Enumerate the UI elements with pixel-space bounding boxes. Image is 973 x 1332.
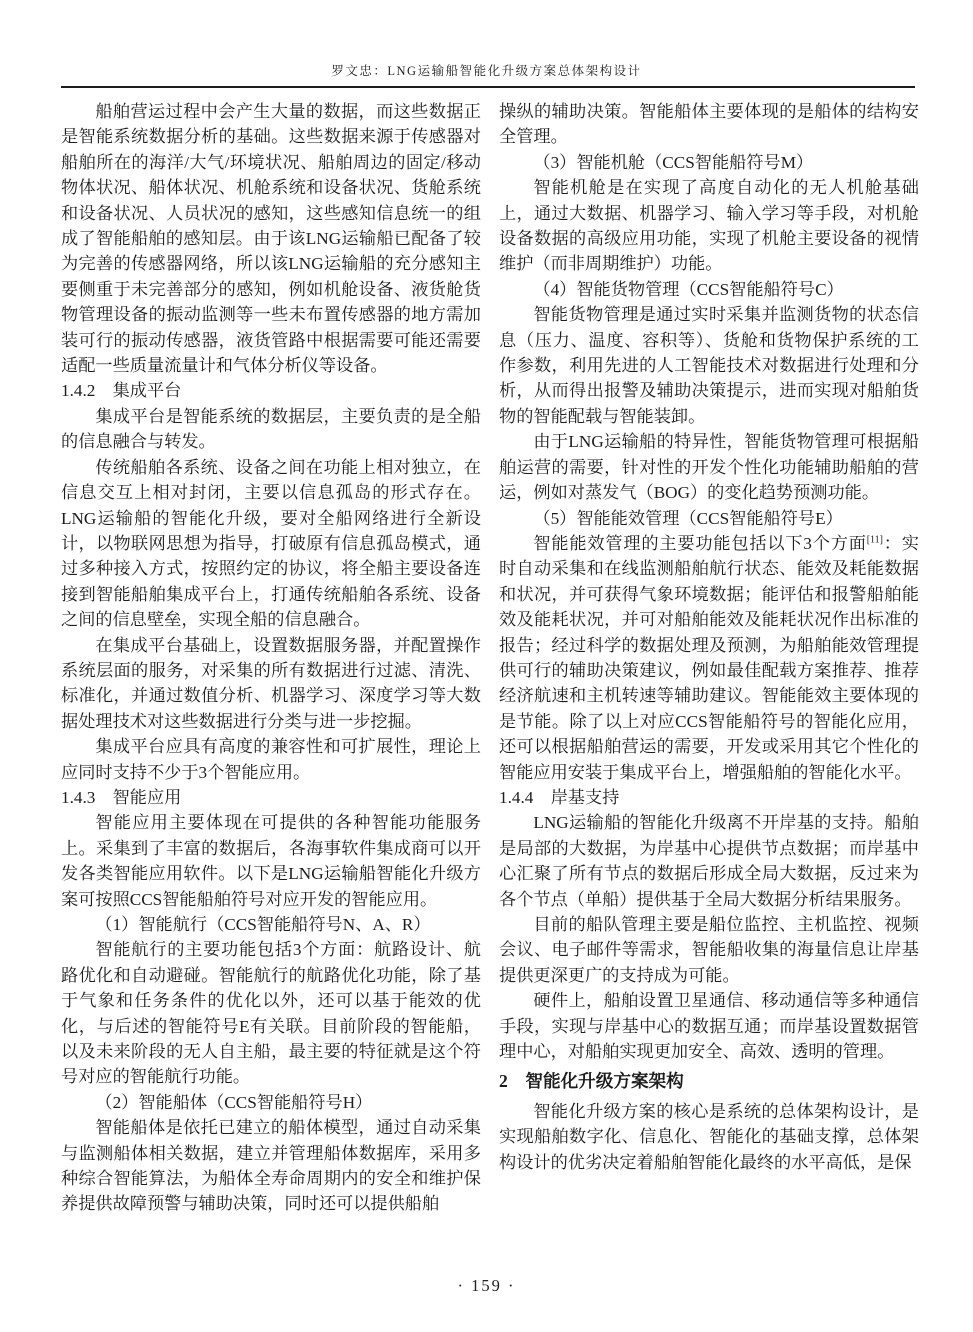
list-item-intelligent-cargo: （4）智能货物管理（CCS智能船符号C） xyxy=(499,277,919,302)
paragraph-shore-big-data: LNG运输船的智能化升级离不开岸基的支持。船舶是局部的大数据，为岸基中心提供节点… xyxy=(499,810,919,912)
header-rule xyxy=(61,86,915,88)
chapter-heading-architecture: 2 智能化升级方案架构 xyxy=(499,1069,919,1094)
paragraph-text: 智能能效管理的主要功能包括以下3个方面 xyxy=(533,534,866,553)
paragraph-app-overview: 智能应用主要体现在可提供的各种智能功能服务上。采集到了丰富的数据后，各海事软件集… xyxy=(61,810,481,912)
section-heading-intelligent-applications: 1.4.3 智能应用 xyxy=(61,785,481,810)
list-item-intelligent-hull: （2）智能船体（CCS智能船符号H） xyxy=(61,1090,481,1115)
paragraph-hull-model: 智能船体是依托已建立的船体模型，通过自动采集与监测船体相关数据，建立并管理船体数… xyxy=(61,1115,481,1217)
paragraph-platform-role: 集成平台是智能系统的数据层，主要负责的是全船的信息融合与转发。 xyxy=(61,404,481,455)
paragraph-data-server: 在集成平台基础上，设置数据服务器，并配置操作系统层面的服务，对采集的所有数据进行… xyxy=(61,633,481,735)
section-heading-shore-support: 1.4.4 岸基支持 xyxy=(499,785,919,810)
column-left: 船舶营运过程中会产生大量的数据，而这些数据正是智能系统数据分析的基础。这些数据来… xyxy=(61,99,481,1217)
list-item-intelligent-engine-room: （3）智能机舱（CCS智能船符号M） xyxy=(499,150,919,175)
paragraph-navigation-functions: 智能航行的主要功能包括3个方面：航路设计、航路优化和自动避碰。智能航行的航路优化… xyxy=(61,937,481,1089)
paragraph-traditional-systems: 传统船舶各系统、设备之间在功能上相对独立，在信息交互上相对封闭，主要以信息孤岛的… xyxy=(61,455,481,633)
paragraph-compatibility: 集成平台应具有高度的兼容性和可扩展性，理论上应同时支持不少于3个智能应用。 xyxy=(61,734,481,785)
page-body: 船舶营运过程中会产生大量的数据，而这些数据正是智能系统数据分析的基础。这些数据来… xyxy=(61,99,919,1217)
paragraph-fleet-management: 目前的船队管理主要是船位监控、主机监控、视频会议、电子邮件等需求，智能船收集的海… xyxy=(499,912,919,988)
column-right: 操纵的辅助决策。智能船体主要体现的是船体的结构安全管理。 （3）智能机舱（CCS… xyxy=(499,99,919,1217)
paragraph-sensing-data: 船舶营运过程中会产生大量的数据，而这些数据正是智能系统数据分析的基础。这些数据来… xyxy=(61,99,481,378)
running-head: 罗文忠：LNG运输船智能化升级方案总体架构设计 xyxy=(0,61,973,79)
paragraph-hull-continued: 操纵的辅助决策。智能船体主要体现的是船体的结构安全管理。 xyxy=(499,99,919,150)
paragraph-cargo-management: 智能货物管理是通过实时采集并监测货物的状态信息（压力、温度、容积等）、货舱和货物… xyxy=(499,302,919,429)
page-number: · 159 · xyxy=(0,1276,973,1296)
section-heading-integration-platform: 1.4.2 集成平台 xyxy=(61,378,481,403)
paragraph-bog-prediction: 由于LNG运输船的特异性，智能货物管理可根据船舶运营的需要，针对性的开发个性化功… xyxy=(499,429,919,505)
paragraph-architecture-core: 智能化升级方案的核心是系统的总体架构设计，是实现船舶数字化、信息化、智能化的基础… xyxy=(499,1099,919,1175)
paragraph-energy-efficiency: 智能能效管理的主要功能包括以下3个方面[11]：实时自动采集和在线监测船舶航行状… xyxy=(499,531,919,785)
list-item-intelligent-navigation: （1）智能航行（CCS智能船符号N、A、R） xyxy=(61,912,481,937)
document-page: { "header": { "running_title": "罗文忠：LNG运… xyxy=(0,0,973,1332)
list-item-energy-efficiency: （5）智能能效管理（CCS智能船符号E） xyxy=(499,506,919,531)
footnote-marker: [11] xyxy=(867,534,883,545)
paragraph-text: ：实时自动采集和在线监测船舶航行状态、能效及耗能数据和状况，并可获得气象环境数据… xyxy=(499,534,919,782)
paragraph-communication-hardware: 硬件上，船舶设置卫星通信、移动通信等多种通信手段，实现与岸基中心的数据互通；而岸… xyxy=(499,988,919,1064)
paragraph-engine-room: 智能机舱是在实现了高度自动化的无人机舱基础上，通过大数据、机器学习、输入学习等手… xyxy=(499,175,919,277)
